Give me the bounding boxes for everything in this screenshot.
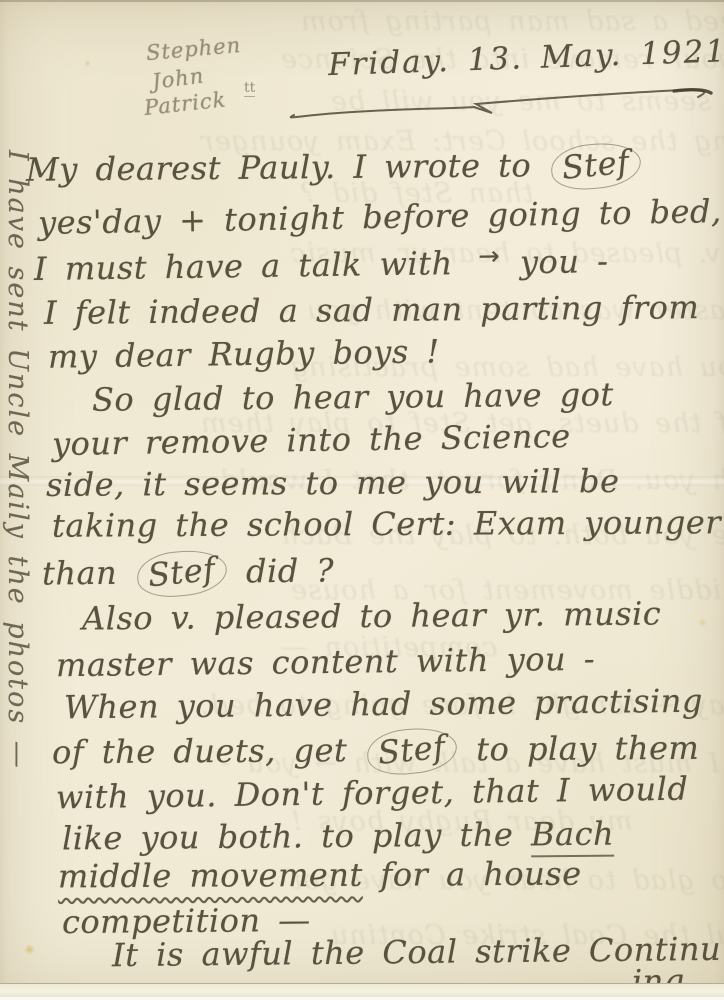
letter-text: like you both. to play the — [62, 815, 531, 857]
page-bottom-edge — [0, 983, 724, 997]
letter-line-13: When you have had some practising — [64, 682, 703, 727]
letter-text: So glad to hear you have got — [92, 375, 614, 418]
letter-line-10: than Stef did ? — [42, 549, 335, 597]
letter-text: When you have had some practising — [64, 682, 703, 727]
letter-text: did ? — [228, 551, 334, 590]
letter-line-7: your remove into the Science — [52, 417, 571, 463]
letter-text: for a house — [363, 855, 582, 894]
letter-text: My dearest Pauly. I wrote to — [26, 146, 549, 189]
letter-line-12: master was content with you - — [56, 640, 596, 685]
letter-text: Also v. pleased to hear yr. music — [82, 594, 662, 637]
letter-text: my dear Rugby boys ! — [48, 332, 440, 375]
letter-text: to play them — [458, 729, 699, 769]
letter-line-5: my dear Rugby boys ! — [48, 332, 440, 375]
circled-word: Stef — [135, 547, 229, 601]
letter-line-16: like you both. to play the Bach — [62, 815, 615, 858]
letter-text: master was content with you - — [56, 640, 596, 685]
letter-text: yes'day + tonight before going to bed, — [38, 192, 722, 242]
letter-line-15: with you. Don't forget, that I would — [56, 770, 689, 817]
letter-text: with you. Don't forget, that I would — [56, 770, 689, 817]
letter-line-4: I felt indeed a sad man parting from — [44, 288, 700, 332]
circled-word: Stef — [365, 725, 458, 778]
letter-line-3: I must have a talk with → you - — [34, 242, 609, 288]
letter-text: It is awful the Coal strike Continu — [112, 930, 721, 974]
letter-text: taking the school Cert: Exam younger — [52, 503, 721, 545]
letter-text: side, it seems to me you will be — [46, 462, 620, 504]
letter-line-14: of the duets, get Stef to play them — [52, 727, 700, 777]
letter-line-2: yes'day + tonight before going to bed, — [38, 192, 722, 242]
letter-line-19: It is awful the Coal strike Continu — [112, 930, 721, 974]
letter-line-6: So glad to hear you have got — [92, 375, 614, 418]
letter-body: My dearest Pauly. I wrote to Stefyes'day… — [0, 0, 724, 1000]
arrow-mark: → — [478, 242, 500, 272]
circled-word: Stef — [549, 140, 642, 193]
letter-line-1: My dearest Pauly. I wrote to Stef — [26, 143, 643, 193]
letter-text: your remove into the Science — [52, 417, 571, 463]
letter-text: you - — [502, 242, 609, 281]
letter-text: I felt indeed a sad man parting from — [44, 288, 700, 332]
letter-text: I must have a talk with — [34, 244, 471, 288]
letter-line-17: middle movement for a house — [58, 855, 582, 896]
letter-line-8: side, it seems to me you will be — [46, 462, 620, 504]
letter-text: of the duets, get — [52, 731, 365, 771]
letter-line-11: Also v. pleased to hear yr. music — [82, 594, 662, 637]
underline-word: Bach — [531, 815, 614, 858]
letter-line-9: taking the school Cert: Exam younger — [52, 503, 721, 545]
letter-text: than — [42, 554, 135, 593]
letter-page: I felt indeed a sad man parting fromyour… — [0, 0, 724, 1000]
page-top-edge — [0, 0, 724, 2]
wavy-word: middle movement — [58, 856, 363, 896]
